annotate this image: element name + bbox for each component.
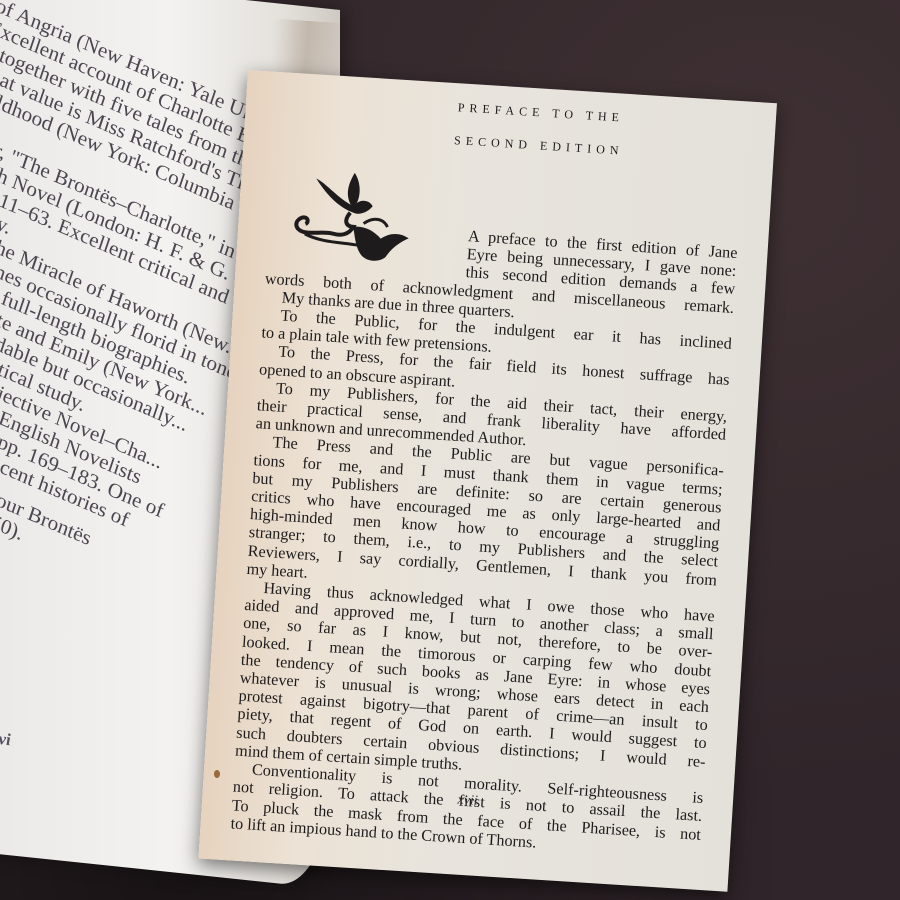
heading-line-1: PREFACE TO THE: [336, 94, 746, 133]
heading-line-2: SECOND EDITION: [334, 127, 744, 166]
right-page-number: xvii: [457, 793, 478, 810]
paper-stain: [214, 770, 220, 778]
left-page-number: xvi: [0, 728, 11, 750]
preface-body: A preface to the first edition of Jane E…: [230, 215, 738, 862]
chapter-heading: PREFACE TO THE SECOND EDITION: [334, 94, 746, 166]
right-page: PREFACE TO THE SECOND EDITION A preface …: [198, 70, 777, 892]
